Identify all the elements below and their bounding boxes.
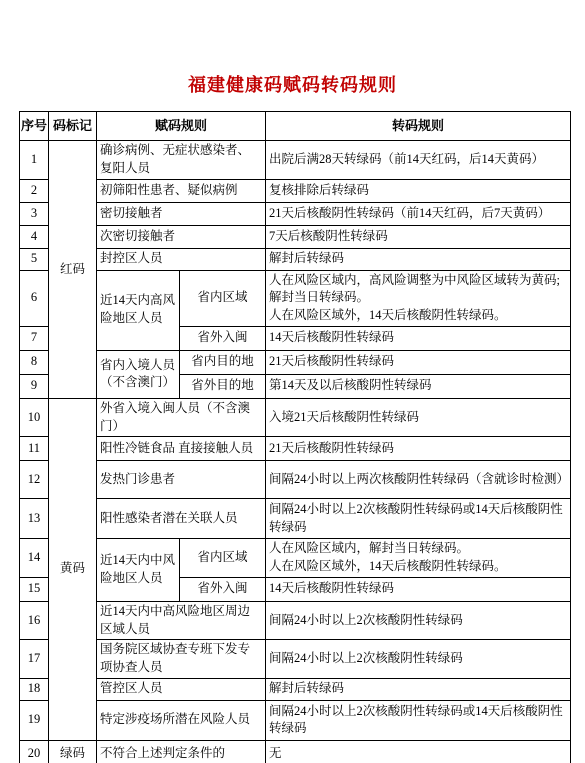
assign-rule-cell: 不符合上述判定条件的: [97, 740, 266, 763]
table-row: 17 国务院区域协查专班下发专项协查人员 间隔24小时以上2次核酸阴性转绿码: [20, 640, 571, 679]
document-page: 福建健康码赋码转码规则 序号 码标记 赋码规则 转码规则 1 红码 确诊病例、无…: [0, 0, 585, 763]
row-number-cell: 17: [20, 640, 49, 679]
table-row: 12 发热门诊患者 间隔24小时以上两次核酸阴性转绿码（含就诊时检测）: [20, 461, 571, 499]
row-number-cell: 14: [20, 539, 49, 578]
trans-rule-cell: 7天后核酸阴性转绿码: [266, 225, 571, 248]
table-row: 13 阳性感染者潜在关联人员 间隔24小时以上2次核酸阴性转绿码或14天后核酸阴…: [20, 499, 571, 539]
assign-rule-cell: 阳性冷链食品 直接接触人员: [97, 437, 266, 461]
assign-rule-sub-cell: 省外目的地: [180, 374, 266, 398]
trans-rule-cell: 21天后核酸阴性转绿码（前14天红码，后7天黄码）: [266, 202, 571, 225]
code-mark-cell-green: 绿码: [49, 740, 97, 763]
trans-rule-cell: 解封后转绿码: [266, 678, 571, 700]
trans-rule-cell: 人在风险区域内，高风险调整为中风险区域转为黄码;解封当日转绿码。 人在风险区域外…: [266, 270, 571, 326]
trans-rule-cell: 入境21天后核酸阴性转绿码: [266, 398, 571, 437]
header-trans-rule: 转码规则: [266, 112, 571, 141]
row-number-cell: 9: [20, 374, 49, 398]
row-number-cell: 11: [20, 437, 49, 461]
trans-rule-cell: 第14天及以后核酸阴性转绿码: [266, 374, 571, 398]
table-header-row: 序号 码标记 赋码规则 转码规则: [20, 112, 571, 141]
trans-rule-cell: 间隔24小时以上2次核酸阴性转绿码: [266, 640, 571, 679]
trans-rule-cell: 14天后核酸阴性转绿码: [266, 326, 571, 350]
code-mark-cell-yellow: 黄码: [49, 398, 97, 740]
assign-rule-sub-cell: 省外入闽: [180, 326, 266, 350]
row-number-cell: 10: [20, 398, 49, 437]
row-number-cell: 12: [20, 461, 49, 499]
assign-rule-cell: 封控区人员: [97, 248, 266, 270]
assign-rule-cell: 特定涉疫场所潜在风险人员: [97, 700, 266, 740]
row-number-cell: 6: [20, 270, 49, 326]
assign-rule-group-cell: 近14天内高风险地区人员: [97, 270, 180, 350]
assign-rule-cell: 外省入境入闽人员（不含澳门）: [97, 398, 266, 437]
trans-rule-cell: 21天后核酸阴性转绿码: [266, 350, 571, 374]
assign-rule-sub-cell: 省内目的地: [180, 350, 266, 374]
health-code-rules-table: 序号 码标记 赋码规则 转码规则 1 红码 确诊病例、无症状感染者、复阳人员 出…: [19, 111, 571, 763]
assign-rule-sub-cell: 省外入闽: [180, 577, 266, 601]
table-row: 1 红码 确诊病例、无症状感染者、复阳人员 出院后满28天转绿码（前14天红码，…: [20, 141, 571, 180]
header-code-mark: 码标记: [49, 112, 97, 141]
assign-rule-cell: 国务院区域协查专班下发专项协查人员: [97, 640, 266, 679]
assign-rule-sub-cell: 省内区域: [180, 270, 266, 326]
assign-rule-cell: 管控区人员: [97, 678, 266, 700]
table-row: 2 初筛阳性患者、疑似病例 复核排除后转绿码: [20, 179, 571, 202]
assign-rule-cell: 发热门诊患者: [97, 461, 266, 499]
assign-rule-cell: 阳性感染者潜在关联人员: [97, 499, 266, 539]
assign-rule-cell: 密切接触者: [97, 202, 266, 225]
row-number-cell: 18: [20, 678, 49, 700]
table-row: 11 阳性冷链食品 直接接触人员 21天后核酸阴性转绿码: [20, 437, 571, 461]
table-row: 8 省内入境人员（不含澳门） 省内目的地 21天后核酸阴性转绿码: [20, 350, 571, 374]
row-number-cell: 3: [20, 202, 49, 225]
assign-rule-group-cell: 省内入境人员（不含澳门）: [97, 350, 180, 398]
table-row: 3 密切接触者 21天后核酸阴性转绿码（前14天红码，后7天黄码）: [20, 202, 571, 225]
header-row-number: 序号: [20, 112, 49, 141]
table-row: 19 特定涉疫场所潜在风险人员 间隔24小时以上2次核酸阴性转绿码或14天后核酸…: [20, 700, 571, 740]
row-number-cell: 13: [20, 499, 49, 539]
row-number-cell: 4: [20, 225, 49, 248]
page-title: 福建健康码赋码转码规则: [0, 0, 585, 97]
trans-rule-cell: 解封后转绿码: [266, 248, 571, 270]
row-number-cell: 2: [20, 179, 49, 202]
row-number-cell: 19: [20, 700, 49, 740]
table-row: 20 绿码 不符合上述判定条件的 无: [20, 740, 571, 763]
trans-rule-cell: 间隔24小时以上2次核酸阴性转绿码或14天后核酸阴性转绿码: [266, 700, 571, 740]
table-row: 14 近14天内中风险地区人员 省内区域 人在风险区域内，解封当日转绿码。 人在…: [20, 539, 571, 578]
trans-rule-cell: 14天后核酸阴性转绿码: [266, 577, 571, 601]
trans-rule-cell: 复核排除后转绿码: [266, 179, 571, 202]
assign-rule-cell: 确诊病例、无症状感染者、复阳人员: [97, 141, 266, 180]
row-number-cell: 20: [20, 740, 49, 763]
assign-rule-group-cell: 近14天内中风险地区人员: [97, 539, 180, 602]
row-number-cell: 16: [20, 601, 49, 640]
table-row: 10 黄码 外省入境入闽人员（不含澳门） 入境21天后核酸阴性转绿码: [20, 398, 571, 437]
trans-rule-cell: 间隔24小时以上两次核酸阴性转绿码（含就诊时检测）: [266, 461, 571, 499]
table-row: 18 管控区人员 解封后转绿码: [20, 678, 571, 700]
trans-rule-cell: 出院后满28天转绿码（前14天红码，后14天黄码）: [266, 141, 571, 180]
trans-rule-cell: 人在风险区域内，解封当日转绿码。 人在风险区域外，14天后核酸阴性转绿码。: [266, 539, 571, 578]
row-number-cell: 7: [20, 326, 49, 350]
table-row: 16 近14天内中高风险地区周边区域人员 间隔24小时以上2次核酸阴性转绿码: [20, 601, 571, 640]
row-number-cell: 15: [20, 577, 49, 601]
trans-rule-cell: 间隔24小时以上2次核酸阴性转绿码或14天后核酸阴性转绿码: [266, 499, 571, 539]
code-mark-cell-red: 红码: [49, 141, 97, 399]
table-row: 4 次密切接触者 7天后核酸阴性转绿码: [20, 225, 571, 248]
table-row: 5 封控区人员 解封后转绿码: [20, 248, 571, 270]
row-number-cell: 1: [20, 141, 49, 180]
table-row: 6 近14天内高风险地区人员 省内区域 人在风险区域内，高风险调整为中风险区域转…: [20, 270, 571, 326]
assign-rule-cell: 近14天内中高风险地区周边区域人员: [97, 601, 266, 640]
header-assign-rule: 赋码规则: [97, 112, 266, 141]
trans-rule-cell: 21天后核酸阴性转绿码: [266, 437, 571, 461]
assign-rule-cell: 次密切接触者: [97, 225, 266, 248]
row-number-cell: 5: [20, 248, 49, 270]
assign-rule-cell: 初筛阳性患者、疑似病例: [97, 179, 266, 202]
assign-rule-sub-cell: 省内区域: [180, 539, 266, 578]
trans-rule-cell: 间隔24小时以上2次核酸阴性转绿码: [266, 601, 571, 640]
row-number-cell: 8: [20, 350, 49, 374]
trans-rule-cell: 无: [266, 740, 571, 763]
